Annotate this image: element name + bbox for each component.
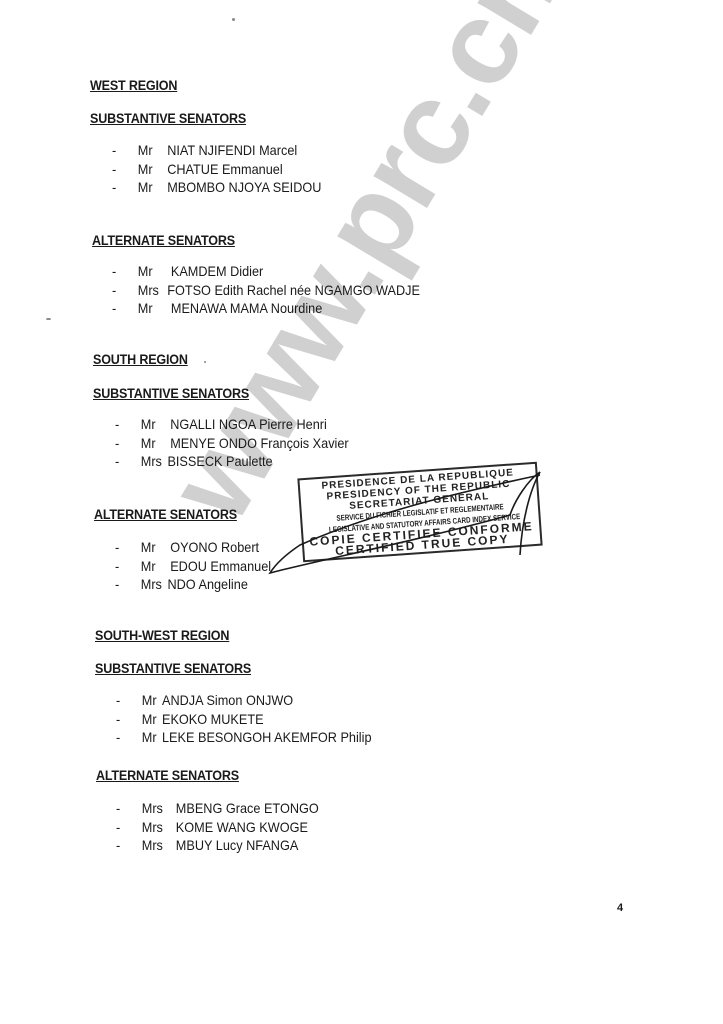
list-item: -MrsKOME WANG KWOGE: [116, 819, 484, 838]
list-item: -MrMENAWA MAMA Nourdine: [112, 300, 480, 319]
alternate-list-west: -MrKAMDEM Didier -MrsFOTSO Edith Rachel …: [112, 263, 512, 319]
list-item: -MrEDOU Emmanuel: [115, 558, 483, 577]
list-item: -MrMENYE ONDO François Xavier: [115, 435, 483, 454]
list-item: -MrCHATUE Emmanuel: [112, 161, 480, 180]
document-page: www.prc.cm WEST REGION SUBSTANTIVE SENAT…: [0, 0, 723, 1024]
list-item: -MrEKOKO MUKETE: [116, 711, 484, 730]
list-item: -MrsNDO Angeline: [115, 576, 483, 595]
list-item: -MrMBOMBO NJOYA SEIDOU: [112, 179, 480, 198]
certified-true-copy-stamp: PRESIDENCE DE LA REPUBLIQUE PRESIDENCY O…: [297, 462, 542, 563]
region-heading-south: SOUTH REGION: [93, 352, 188, 367]
list-item: -MrKAMDEM Didier: [112, 263, 480, 282]
region-heading-south-west: SOUTH-WEST REGION: [95, 628, 229, 643]
alternate-heading-south: ALTERNATE SENATORS: [94, 507, 237, 522]
substantive-list-south-west: -MrANDJA Simon ONJWO -MrEKOKO MUKETE -Mr…: [116, 692, 516, 748]
list-item: -MrsFOTSO Edith Rachel née NGAMGO WADJE: [112, 282, 480, 301]
list-item: -MrLEKE BESONGOH AKEMFOR Philip: [116, 729, 484, 748]
page-number: 4: [617, 902, 623, 914]
substantive-list-south: -MrNGALLI NGOA Pierre Henri -MrMENYE OND…: [115, 416, 515, 472]
list-item: -MrsMBENG Grace ETONGO: [116, 800, 484, 819]
list-item: -MrNIAT NJIFENDI Marcel: [112, 142, 480, 161]
substantive-heading-west: SUBSTANTIVE SENATORS: [90, 111, 246, 126]
alternate-heading-south-west: ALTERNATE SENATORS: [96, 768, 239, 783]
substantive-heading-south: SUBSTANTIVE SENATORS: [93, 386, 249, 401]
alternate-heading-west: ALTERNATE SENATORS: [92, 233, 235, 248]
list-item: -MrANDJA Simon ONJWO: [116, 692, 484, 711]
list-item: -MrsMBUY Lucy NFANGA: [116, 837, 484, 856]
region-heading-west: WEST REGION: [90, 78, 177, 93]
substantive-heading-south-west: SUBSTANTIVE SENATORS: [95, 661, 251, 676]
alternate-list-south-west: -MrsMBENG Grace ETONGO -MrsKOME WANG KWO…: [116, 800, 516, 856]
list-item: -MrNGALLI NGOA Pierre Henri: [115, 416, 483, 435]
substantive-list-west: -MrNIAT NJIFENDI Marcel -MrCHATUE Emmanu…: [112, 142, 512, 198]
